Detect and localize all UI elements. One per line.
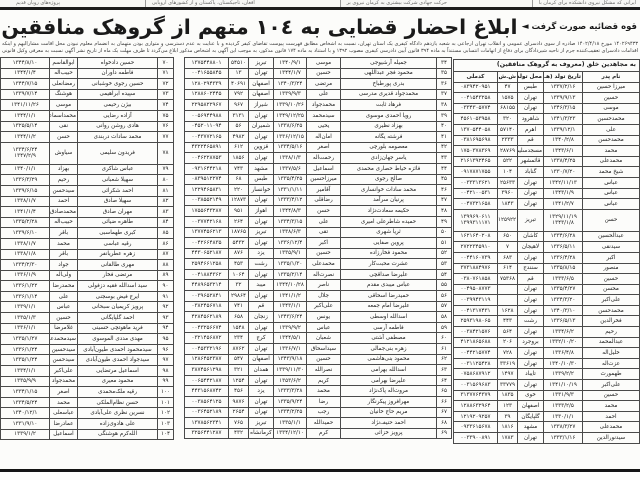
cell-national-code: ۴۱۲۱۸۶۵۶۸۸ — [453, 337, 497, 348]
cell-birth-place: اصفهان — [249, 354, 274, 365]
cell-birth-date: ۱۳۳۰/۷/۲۰ — [544, 167, 583, 178]
cell-birth-place: تهران — [249, 110, 274, 121]
cell-father-name: طهمورث — [583, 369, 640, 380]
cell-father-name: نقی — [50, 121, 78, 132]
table-row: ۱۰۲ نسرین نظری علی‌آبادی عباسعلی ۱۳۴۰/۱۲… — [1, 408, 174, 419]
cell-row-number: ۱۰۱ — [158, 397, 174, 408]
cell-full-name: فرهاد ثابت — [341, 100, 437, 111]
cell-birth-date: ۱۳۳۴/۱۲/۱۰ — [274, 428, 307, 439]
table-row: ۸۳ مهران صادق محمدصادق ۱۳۴۱/۱/۴ — [1, 207, 174, 218]
cell-national-code: ۰۰۶۵۴۴۲۱۸۷ — [185, 375, 229, 386]
table-row: موسی ۱۳۴۶/۳/۱۵ تهران ۶۸۱۵۵ ۰۳۳۴۳۰۵۷۷۴ — [453, 103, 639, 114]
table-row: ۵۵ عباس میبدی مقدم ناصر ۱۳۴۴/۱۰/۲۸ میبد … — [185, 280, 452, 291]
cell-birth-date: ۱۳۴۱/۱/۴ — [1, 207, 50, 218]
cell-row-number: ۹۲ — [158, 302, 174, 313]
cell-row-number: ۹۴ — [158, 323, 174, 334]
cell-birth-place: تهران — [249, 397, 274, 408]
cell-birth-place: تهران — [249, 407, 274, 418]
cell-birth-date: ۱۳۳۲/۱۰/۲۰ — [544, 337, 583, 348]
cell-national-code: ۱۲۱۹۲۰۹۲۵۷ — [453, 411, 497, 422]
table-row: محمدحسن ۱۳۴۰/۳/۱۰ تهران ۱۶۲۸ ۰۰۴۱۳۱۷۴۳۱ — [453, 305, 639, 316]
cell-birth-date: ۱۳۴۰/۳/۱۰ — [544, 305, 583, 316]
cell-birth-date: ۱۳۴۱/۳/۲۳ — [544, 114, 583, 125]
cell-full-name: مهرافروز پیکرنگار — [341, 397, 437, 408]
cell-birth-place: یزد — [249, 248, 274, 259]
table-row: طهمورث ۱۳۳۹/۲/۲ تایباد ۱۴۹۷ ۰۷۵۸۶۸۷۹۱۲ — [453, 369, 639, 380]
cell-birth-place: قم — [518, 274, 544, 285]
cell-birth-date: ۱۳۴۰/۱۲/۱ — [1, 408, 50, 419]
cell-birth-date: ۱۳۴۴/۱/۴ — [1, 68, 50, 79]
table-row: ۶۱ زهره بنی‌جمالی سیداسحاق ۱۳۳۶/۷/۱ تهرا… — [185, 344, 452, 355]
cell-row-number: ۵۱ — [437, 238, 452, 249]
cell-id-number: ۳۳۶۱۹ — [498, 358, 518, 369]
cell-row-number: ۸۵ — [158, 228, 174, 239]
cell-id-number: ۳۲۰ — [498, 114, 518, 125]
cell-birth-date: ۱۳۴۴/۱/۷ — [274, 68, 307, 79]
cell-birth-date: ۱۳۳۳/۳/۲۸ — [274, 386, 307, 397]
cell-birth-date: ۱۳۳۹/۱۱/۳۰ — [274, 365, 307, 376]
cell-birth-date: ۱۳۳۸/۴/۲۵ — [544, 156, 583, 167]
cell-birth-date: ۱۳۳۹/۱/۱ — [1, 302, 50, 313]
table-row: ۷۵ آزاده رضایی محمداسماعیل ۱۳۴۴/۱/۱ — [1, 110, 174, 121]
table-row: خلیل‌اله ۱۳۳۶/۴/۸ تهران ۷۲۸ ۰۰۴۴۲۱۵۷۷۴ — [453, 348, 639, 359]
cell-birth-place: تهران — [249, 269, 274, 280]
cell-birth-date: ۱۳۳۴/۵/۱۶ — [274, 142, 307, 153]
table-row: ۷۰ حسین دادخواه ابوالقاسم ۱۳۴۴/۸/۱۰ — [1, 58, 174, 69]
table-row: محمد ۱۳۴۳/۶/۱ مسجدسلیمان ۲۸۷۶۹ ۱۷۵۰۳۷۸۳۶… — [453, 146, 639, 157]
cell-father-name: نصرالله — [307, 365, 341, 376]
table-row: رحیم ۱۳۳۴/۶/۲ تهران ۵۶۴ ۰۰۳۸۴۲۱۵۷۶ — [453, 327, 639, 338]
cell-father-name: سیدنورالدین — [583, 433, 640, 444]
cell-id-number: ۱۸۱۶ — [498, 422, 518, 433]
cell-father-name: محمد — [583, 146, 640, 157]
cell-national-code: ۲۱۶۱۳۹۲۴۶۵ — [453, 156, 497, 167]
table-row: ۸۱ احمد شکرائی سیدحسن ۱۳۳۹/۶/۱۵ — [1, 185, 174, 196]
table-row: علی‌اکبر ۱۳۴۱/۱۰/۱۹ تهران ۳۳۷۷۹ ۰۰۳۱۵۶۹۶… — [453, 380, 639, 391]
cell-birth-place: تهران — [518, 348, 544, 359]
cell-row-number: ۵۴ — [437, 269, 452, 280]
cell-full-name: علی هادوی‌زاده — [78, 419, 158, 430]
cell-birth-date: ۱۳۴۰/۱۰/۳۰ — [544, 358, 583, 369]
cell-national-code: ۰۰۴۳۷۷۲۱۶۵ — [185, 132, 229, 143]
cell-father-name: اکبر — [307, 238, 341, 249]
cell-birth-place: تهران — [518, 177, 544, 188]
table-row: ۱۰۰ رقیه ملک‌محمدی اصغر ۱۳۳۴/۱/۱۵ — [1, 387, 174, 398]
cell-birth-place: اهواز — [249, 206, 274, 217]
cell-row-number: ۶۰ — [437, 333, 452, 344]
cell-id-number: ۱۰۶۴ — [229, 269, 249, 280]
cell-full-name: محمد سادات دربندی — [78, 132, 158, 143]
cell-national-code: ۱۷۵۰۳۷۸۳۶۹ — [453, 146, 497, 157]
cell-id-number: ۲۳۳۳ — [498, 135, 518, 146]
notice-paragraph: ۱۴۰۲۶۹۴۳۳ مورخ ۱۴۰۲/۴/۱۸ صادره از سوی دا… — [2, 41, 638, 56]
cell-id-number: ۳۳۷۷۹ — [498, 380, 518, 391]
cell-national-code: ۰۴۵۲۰۱۱۰۹۴ — [185, 121, 229, 132]
cell-father-name: سیدحسن — [50, 355, 78, 366]
cell-row-number: ۶۸ — [437, 418, 452, 429]
cell-id-number: ۴۳۲ — [229, 428, 249, 439]
cell-birth-date: ۱۳۳۵/۱/۳۰ — [274, 259, 307, 270]
table-row: ۳۸ فرهاد ثابت محمدجواد ۱۳۳۹/۱۰/۲۶ شیراز … — [185, 100, 452, 111]
cell-birth-date: ۱۳۴۱/۱۱/۲۶ — [1, 100, 50, 111]
cell-father-name: حبیب‌اله — [50, 68, 78, 79]
cell-national-code: ۰۰۴۲۶۶۴۸۳۵ — [185, 238, 229, 249]
cell-father-name: سیدحسین — [50, 344, 78, 355]
cell-row-number: ۷۷ — [158, 132, 174, 143]
cell-birth-place: تهران — [249, 344, 274, 355]
cell-birth-date: ۱۳۳۹/۱/۲ — [1, 429, 50, 440]
cell-father-name: غلامرضا — [50, 323, 78, 334]
cell-row-number: ۹۸ — [158, 366, 174, 377]
cell-birth-date: ۱۳۴۴/۸/۱۰ — [1, 58, 50, 69]
cell-full-name: فاطمه داوران — [78, 68, 158, 79]
cell-national-code: ۰۸۳۹۵۱۲۲۷۴ — [185, 174, 229, 185]
cell-full-name: مهدی مددی الموسوی — [78, 334, 158, 345]
cell-birth-date: ۱۳۴۱/۱۰/۱۹ — [544, 380, 583, 391]
cell-row-number: ۹۵ — [158, 334, 174, 345]
cell-full-name: زهره عطریانفر — [78, 249, 158, 260]
table-row: محمدحسین ۱۳۴۱/۳/۲۳ شاهرود ۳۲۰ ۴۵۶۱۰۵۳۹۵۸ — [453, 114, 639, 125]
cell-father-name: یونس — [307, 312, 341, 323]
cell-national-code: ۰۳۳۴۳۰۵۷۷۴ — [453, 103, 497, 114]
cell-national-code: ۱۳۷۷۴۵۶۲۱۳ — [185, 227, 229, 238]
cell-father-name: رجب — [307, 407, 341, 418]
cell-father-name: رحیم — [583, 327, 640, 338]
cell-id-number: ۲۸۷۶۹ — [498, 146, 518, 157]
cell-full-name: فرید ماهوتچی حسینی — [78, 323, 158, 334]
cell-full-name: محمود فخارزاده — [341, 248, 437, 259]
table-row: ۳۴ جمیله آرشیوجی موسی ۱۳۴۰/۹/۱ تبریز ۵۴۵… — [185, 58, 452, 69]
cell-full-name: عباس میبدی مقدم — [341, 280, 437, 291]
cell-father-name: حسین — [307, 354, 341, 365]
strip-fragment: پروژه‌های رویان قدیم — [10, 0, 60, 7]
cell-birth-date: ۱۳۳۴/۱/۱۵ — [1, 387, 50, 398]
cell-id-number: ۴۴۳ — [498, 316, 518, 327]
cell-id-number: ۱۶۲۸ — [498, 305, 518, 316]
cell-birth-date: ۱۳۴۳/۹/۱۸ — [274, 354, 307, 365]
cell-father-name: بهزاد — [50, 164, 78, 175]
cell-birth-date: ۱۳۳۳/۲/۵ — [544, 401, 583, 412]
cell-birth-place: گناباد — [518, 167, 544, 178]
table-row: ۹۱ ایرج فیض بوسجنی علی ۱۳۳۶/۱/۱۴ — [1, 291, 174, 302]
cell-birth-date: ۱۳۴۳/۶/۱ — [544, 146, 583, 157]
table-row: ۸۸ مهری طالقانی جواد ۱۳۳۴/۲/۳۰ — [1, 260, 174, 271]
cell-full-name: اسدالله اوسطی — [341, 312, 437, 323]
cell-birth-date: ۱۳۳۸/۳/۲۷ — [544, 422, 583, 433]
table-row: ۷۳ سپیده ابراهیمی هوشنگ ۱۳۳۹/۷/۱۴ — [1, 89, 174, 100]
cell-birth-date: ۱۳۳۹/۷/۱۴ — [1, 89, 50, 100]
cell-birth-date: ۱۳۳۴/۲/۳۰ — [1, 260, 50, 271]
cell-national-code: ۰۰۴۱۶۵۵۸۴۵ — [185, 68, 229, 79]
cell-id-number: ۲۵۶۳۳ — [498, 177, 518, 188]
cell-father-name: محمدعلی — [307, 259, 341, 270]
cell-national-code: ۰۰۳۹۶۵۲۸۴۱ — [185, 291, 229, 302]
cell-full-name: رقیه عباسی — [78, 238, 158, 249]
cell-row-number: ۴۸ — [437, 206, 452, 217]
cell-father-name: منصور — [583, 263, 640, 274]
cell-father-name: عباس — [583, 177, 640, 188]
cell-birth-place: تبریز — [249, 418, 274, 429]
table-row: حسین ۱۳۳۱/۹/۳ خوی ۱۸۳۵ ۳۱۳۷۷۶۴۳۷۹ — [453, 390, 639, 401]
cell-father-name: علی‌اکبر — [583, 380, 640, 391]
cell-birth-place: تهران — [518, 188, 544, 199]
cell-birth-place: تهران — [518, 252, 544, 263]
cell-birth-date: ۱۳۳۹/۶/۱۰ — [1, 228, 50, 239]
cell-birth-place: لاهیجان — [518, 242, 544, 253]
cell-row-number: ۸۶ — [158, 238, 174, 249]
cell-birth-place: تهران — [518, 103, 544, 114]
cell-birth-date: ۱۳۲۹/۱۱/۱۹ ۱۳۴۳/۱/۸ — [544, 209, 583, 231]
cell-row-number: ۸۲ — [158, 196, 174, 207]
cell-row-number: ۱۰۳ — [158, 419, 174, 430]
cell-row-number: ۹۶ — [158, 344, 174, 355]
cell-full-name: محمدجواد قدیری مدرسی — [341, 89, 437, 100]
header-id-number: ش.ش — [498, 72, 518, 83]
cell-national-code: ۴۲۸۴۵۶۲۱۸۹ — [185, 312, 229, 323]
cell-full-name: پرویز خزائی — [341, 428, 437, 439]
cell-birth-date: ۱۳۴۰/۱/۱ — [1, 164, 50, 175]
cell-father-name: اسماعیل — [307, 163, 341, 174]
cell-id-number: ۳۹۶۰ — [498, 188, 518, 199]
table-row: ۹۹ محمود معیری محمدجواد ۱۳۳۵/۹/۹ — [1, 376, 174, 387]
cell-father-name: عباس — [583, 199, 640, 210]
cell-father-name: حسن — [50, 132, 78, 143]
cell-birth-date: ۱۳۳۶/۴/۸ — [544, 348, 583, 359]
cell-father-name: موسی — [583, 103, 640, 114]
table-row: محمدعلی ۱۳۳۸/۴/۲۵ قائمشهر ۵۲۲ ۲۱۶۱۳۹۲۴۶۵ — [453, 156, 639, 167]
cell-birth-date: ۱۳۴۶/۳/۱۵ — [544, 103, 583, 114]
table-row: ۶۷ مریم حاج خانیان رجب ۱۳۳۴/۲/۲۵ تهران ۲… — [185, 407, 452, 418]
cell-full-name: فائزه خیاط حصاری محمدی — [341, 163, 437, 174]
cell-id-number: ۱۸۵۶ — [229, 153, 249, 164]
cell-full-name: ایرج فیض بوسجنی — [78, 291, 158, 302]
header-birth-date: تاریخ تولد (هـ.ش) — [544, 72, 583, 83]
cell-row-number: ۶۵ — [437, 386, 452, 397]
cell-national-code: ۴۴۳۰۶۵۲۱۸۷ — [185, 248, 229, 259]
cell-id-number: ۴۵۶ — [229, 386, 249, 397]
cell-birth-place: سنندج — [518, 263, 544, 274]
table-row: عزت‌اله ۱۳۴۰/۱۰/۳۰ تهران ۳۳۶۱۹ ۰۰۳۱۱۲۵۴۲… — [453, 358, 639, 369]
cell-birth-place: مسجدسلیمان — [518, 146, 544, 157]
table-row: ۸۹ مرتضی فخار ولی‌اله ۱۳۳۶/۱/۹ — [1, 270, 174, 281]
table-row: ۱۰۴ الله‌کرم هوشنگی اسماعیل ۱۳۳۹/۱/۲ — [1, 429, 174, 440]
cell-national-code: ۰۳۸۰۷۶۱۸۵۸ — [453, 274, 497, 285]
cell-id-number: ۱۰۴ — [498, 167, 518, 178]
cell-father-name: عباس — [583, 188, 640, 199]
table-row: عباس ۱۳۴۲/۱۱/۱۳ تهران ۲۵۶۳۳ ۰۰۳۳۳۱۳۶۲۱ — [453, 177, 639, 188]
cell-id-number: ۹۵۱ — [229, 206, 249, 217]
cell-national-code: ۱۲۸۶۴۵۲۳۸۷ — [185, 354, 229, 365]
cell-birth-date: ۱۳۳۵/۱/۱ — [274, 418, 307, 429]
cell-national-code: ۱۳۷۸۵۶۲۳۴۱ — [185, 418, 229, 429]
strip-fragment: حرکت جهادی شرکت بیشتری به کرمان نیروی بر — [340, 0, 447, 7]
cell-national-code: ۰۹۱۷۸۷۱۷۵۵ — [453, 167, 497, 178]
cell-father-name: رضاقلی — [307, 195, 341, 206]
cell-father-name: میرزا حسین — [583, 82, 640, 93]
cell-birth-place: تهران — [518, 358, 544, 369]
table-row: ۹۴ فرید ماهوتچی حسینی غلامرضا ۱۳۳۶/۱/۱ — [1, 323, 174, 334]
table-row: ۵۸ اسدالله اوسطی یونس ۱۳۴۳/۶/۲۴ زنجان ۶۵… — [185, 312, 452, 323]
cell-birth-place: تهران — [249, 68, 274, 79]
cell-national-code: ۱۲۸۰۲۹۴۳۳۹ — [185, 79, 229, 90]
cell-birth-place: اصفهان — [518, 401, 544, 412]
cell-birth-date: ۱۳۴۰/۳/۲۴ — [274, 79, 307, 90]
cell-id-number: ۶۱۴ — [498, 263, 518, 274]
cell-full-name: ثریا شهری — [341, 227, 437, 238]
cell-father-name: اسماعیل — [50, 429, 78, 440]
table-row: ۳۵ محمود فجر عبداللهی حسین ۱۳۴۴/۱/۷ تهرا… — [185, 68, 452, 79]
cell-father-name: علی — [583, 124, 640, 135]
table-row: ۸۲ سهیلا صادق احمد ۱۳۳۸/۱/۷ — [1, 196, 174, 207]
cell-birth-place: تایباد — [518, 369, 544, 380]
cell-national-code: ۰۰۳۸۵۶۴۱۲۵ — [185, 397, 229, 408]
cell-full-name: مهران صادق — [78, 207, 158, 218]
cell-birth-place: شاهرود — [518, 114, 544, 125]
table-row: حسین ۱۳۳۹/۹/۱۳ تهران ۱۵۷۵ ۰۰۴۱۵۴۳۲۵۸ — [453, 93, 639, 104]
cell-national-code: ۰۰۳۳۳۱۳۶۲۱ — [453, 177, 497, 188]
cell-birth-date: ۱۳۳۵/۹/۹ — [1, 376, 50, 387]
cell-id-number: ۴۹۸۲ — [229, 132, 249, 143]
cell-birth-place: یزد — [249, 386, 274, 397]
cell-birth-date: ۱۳۳۴/۲/۲۵ — [274, 407, 307, 418]
cell-national-code: ۰۰۳۶۴۵۲۱۸۹ — [185, 407, 229, 418]
cell-id-number — [498, 284, 518, 295]
cell-birth-date: ۱۳۴۲/۱۱/۱۳ — [544, 177, 583, 188]
cell-father-name: سیاوش — [50, 142, 78, 164]
table-row: ۴۵ صالح رجوی میرزاحسین ۱۳۳۵/۴/۲۵ طبس ۶۸ … — [185, 174, 452, 185]
cell-father-name: محمدحسین — [583, 114, 640, 125]
cell-row-number: ۴۰ — [437, 121, 452, 132]
cell-birth-date: ۱۳۳۴/۶/۲ — [544, 327, 583, 338]
cell-id-number: ۵۴۵۱۰ — [229, 58, 249, 69]
table-row: ۶۴ علیرضا بهرامی کریم ۱۳۵۳/۶/۲ تهران ۱۲۵… — [185, 375, 452, 386]
cell-national-code: ۰۰۴۷۳۲۱۶۵۸ — [453, 199, 497, 210]
cell-birth-place: تهران — [518, 199, 544, 210]
cell-national-code: ۱۲۸۸۶۰۲۴۴۵ — [185, 89, 229, 100]
cell-row-number: ۳۵ — [437, 68, 452, 79]
cell-id-number — [498, 295, 518, 306]
cell-row-number: ۶۱ — [437, 344, 452, 355]
cell-father-name: علی‌اکبر — [583, 295, 640, 306]
cell-birth-place: رشت — [518, 316, 544, 327]
cell-birth-date: ۱۳۳۴/۶/۲۸ — [544, 231, 583, 242]
cell-id-number: ۳۲۱ — [229, 365, 249, 376]
cell-full-name: مهری طالقانی — [78, 260, 158, 271]
cell-row-number: ۶۶ — [437, 397, 452, 408]
cell-birth-date: ۱۳۳۶/۷/۱ — [274, 344, 307, 355]
table-row: ۷۴ بیژن رحیمی موسی ۱۳۴۱/۱۱/۲۶ — [1, 100, 174, 111]
cell-row-number: ۳۷ — [437, 89, 452, 100]
cell-father-name: عباسعلی — [50, 408, 78, 419]
cell-full-name: رویا احمدی موسوی — [341, 110, 437, 121]
cell-row-number: ۵۶ — [437, 291, 452, 302]
table-row: ۴۹ حمیده شاطرعلی امیری علی ۱۳۳۴/۳/۱۵ تهر… — [185, 216, 452, 227]
table-row: ۴۴ فائزه خیاط حصاری محمدی اسماعیل ۱۳۳۷/۵… — [185, 163, 452, 174]
table-row: ۴۳ یاسر جهان‌زادی رحمت‌اله ۱۳۳۸/۱/۳ تهرا… — [185, 153, 452, 164]
cell-birth-place: زنجان — [249, 312, 274, 323]
cell-birth-place: تهران — [249, 195, 274, 206]
cell-father-name: مرتضی — [307, 79, 341, 90]
cell-full-name: محمود بنی‌هاشمی — [341, 354, 437, 365]
cell-father-name: احمد — [50, 196, 78, 207]
cell-national-code: ۰۳۸۱۶۹۵۶۹۸ — [453, 135, 497, 146]
cell-birth-date: ۱۳۳۶/۱/۲۴ — [1, 344, 50, 355]
cell-birth-date: ۱۳۵۳/۶/۲ — [274, 375, 307, 386]
cell-full-name: سیدمحمود احمدی طیون‌آبادی — [78, 344, 158, 355]
cell-father-name: موسی — [307, 58, 341, 69]
cell-row-number: ۳۴ — [437, 58, 452, 69]
cell-birth-date: ۱۳۳۶/۱/۹ — [1, 270, 50, 281]
cell-national-code: ۰۰۳۸۵۵۲۱۴۹ — [185, 195, 229, 206]
cell-row-number: ۵۵ — [437, 280, 452, 291]
cell-father-name: سیداسحاق — [307, 344, 341, 355]
cell-birth-date: ۱۳۳۱/۹/۱۰ — [1, 419, 50, 430]
cell-full-name: حسین رجوی خوشبانی — [78, 79, 158, 90]
cell-father-name: کرم — [307, 428, 341, 439]
cell-father-name: اکبر — [583, 252, 640, 263]
cell-full-name: رقیه ملک‌محمدی — [78, 387, 158, 398]
cell-id-number: ۶۱۲ — [229, 142, 249, 153]
cell-birth-place: شیراز — [249, 100, 274, 111]
cell-father-name: علی — [50, 291, 78, 302]
cell-father-name: حسین — [307, 248, 341, 259]
cell-row-number: ۸۱ — [158, 185, 174, 196]
cell-full-name: بیژن رحیمی — [78, 100, 158, 111]
table-row: ۵۱ پروین صفایی اکبر ۱۳۳۶/۱۲/۴ تهران ۵۴۳۲… — [185, 238, 452, 249]
table-row: ۳۶ بدری پورطباخ مرتضی ۱۳۴۰/۳/۲۴ اصفهان ۴… — [185, 79, 452, 90]
cell-full-name: حمیده شاطرعلی امیری — [341, 216, 437, 227]
cell-father-name: محمدجواد — [307, 100, 341, 111]
cell-father-name: حسین — [50, 313, 78, 324]
table-row: ۷۱ فاطمه داوران حبیب‌اله ۱۳۴۴/۱/۴ — [1, 68, 174, 79]
cell-id-number: ۶۵۸ — [229, 312, 249, 323]
table-row: ۵۶ حمیدرضا اسحاقی جلال ۱۳۴۱/۱/۲ تهران ۲۹… — [185, 291, 452, 302]
cell-birth-date: ۱۳۳۴/۳/۱۵ — [274, 216, 307, 227]
cell-birth-date: ۱۳۳۶/۱۲/۱۵ — [274, 132, 307, 143]
cell-father-name: حسن — [307, 206, 341, 217]
table-header-row: نام پدر تاریخ تولد (هـ.ش) محل تولد ش.ش ک… — [453, 72, 639, 83]
cell-father-name: آقامیر — [307, 185, 341, 196]
cell-birth-place: اصفهان — [249, 79, 274, 90]
cell-full-name: اسدالله بهرامی — [341, 365, 437, 376]
cell-id-number: ۷۶۵ — [229, 418, 249, 429]
cell-birth-place: مشهد — [249, 163, 274, 174]
table-row: محسن ۱۳۳۵/۴/۲۷ تهران ۰۰۴۹۵۰۸۷۷۳ — [453, 284, 639, 295]
cell-id-number: ۴۰۶۹۱ — [229, 79, 249, 90]
cell-birth-date: ۱۳۳۶/۱/۱ — [1, 323, 50, 334]
cell-id-number: ۵۲۲ — [498, 156, 518, 167]
cell-row-number: ۶۴ — [437, 375, 452, 386]
table-row: ۵۳ عشرت محبت‌کار محمدعلی ۱۳۳۵/۱/۳۰ رشت ۴… — [185, 259, 452, 270]
cell-birth-place: طبس — [249, 174, 274, 185]
cell-row-number: ۶۳ — [437, 365, 452, 376]
cell-row-number: ۱۰۲ — [158, 408, 174, 419]
cell-birth-date: ۱۳۳۴/۳/۲۰ — [544, 295, 583, 306]
cell-father-name: رحمت‌اله — [307, 153, 341, 164]
cell-father-name: محسن — [583, 284, 640, 295]
table-row: ۷۷ محمد سادات دربندی حسن ۱۳۴۴/۱/۲ — [1, 132, 174, 143]
cell-birth-date: ۱۳۳۸/۱/۷ — [1, 238, 50, 249]
cell-id-number: ۹۸۷۶ — [229, 397, 249, 408]
cell-full-name: پرویز کریمیان سبحانی — [78, 302, 158, 313]
cell-id-number: ۵۴۳۲ — [229, 238, 249, 249]
cell-birth-date: ۱۳۴۴/۷/۱۵ — [1, 79, 50, 90]
cell-row-number: ۴۷ — [437, 195, 452, 206]
cell-national-code: ۲۵۹۳۱۹۸۰۶۵ — [453, 316, 497, 327]
table-row: ۷۲ حسین رجوی خوشبانی رمضانعلی ۱۳۴۴/۷/۱۵ — [1, 79, 174, 90]
cell-full-name: عشرت محبت‌کار — [341, 259, 437, 270]
cell-birth-date: ۱۳۳۹/۱۰/۲۶ — [274, 100, 307, 111]
